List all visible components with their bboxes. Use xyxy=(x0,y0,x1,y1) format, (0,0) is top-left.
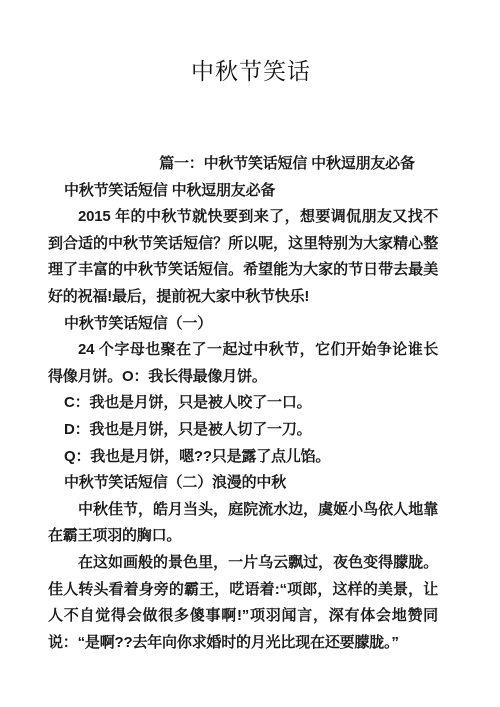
document-title: 中秋节笑话 xyxy=(48,57,438,87)
paragraph-joke-2-part-1: 中秋佳节，皓月当头，庭院流水边，虞姬小鸟依人地靠在霸王项羽的胸口。 xyxy=(48,497,438,550)
paragraph-joke-heading-1: 中秋节笑话短信（一） xyxy=(48,311,438,338)
paragraph-joke-line-d: D：我也是月饼，只是被人切了一刀。 xyxy=(48,417,438,444)
paragraph-joke-line-q: Q：我也是月饼，嗯??只是露了点儿馅。 xyxy=(48,444,438,471)
paragraph-subtitle: 中秋节笑话短信 中秋逗朋友必备 xyxy=(48,178,438,205)
paragraph-joke-line-c: C：我也是月饼，只是被人咬了一口。 xyxy=(48,390,438,417)
paragraph-intro: 2015 年的中秋节就快要到来了，想要调侃朋友又找不到合适的中秋节笑话短信？所以… xyxy=(48,204,438,310)
paragraph-joke-heading-2: 中秋节笑话短信（二）浪漫的中秋 xyxy=(48,470,438,497)
paragraph-joke-1: 24 个字母也聚在了一起过中秋节，它们开始争论谁长得像月饼。O：我长得最像月饼。 xyxy=(48,337,438,390)
paragraph-joke-2-part-2: 在这如画般的景色里，一片乌云飘过，夜色变得朦胧。佳人转头看着身旁的霸王，呓语着:… xyxy=(48,550,438,656)
document-page: 中秋节笑话 篇一：中秋节笑话短信 中秋逗朋友必备 中秋节笑话短信 中秋逗朋友必备… xyxy=(0,0,500,707)
document-body: 篇一：中秋节笑话短信 中秋逗朋友必备 中秋节笑话短信 中秋逗朋友必备 2015 … xyxy=(48,151,438,656)
section-heading-pian-yi: 篇一：中秋节笑话短信 中秋逗朋友必备 xyxy=(48,151,438,178)
